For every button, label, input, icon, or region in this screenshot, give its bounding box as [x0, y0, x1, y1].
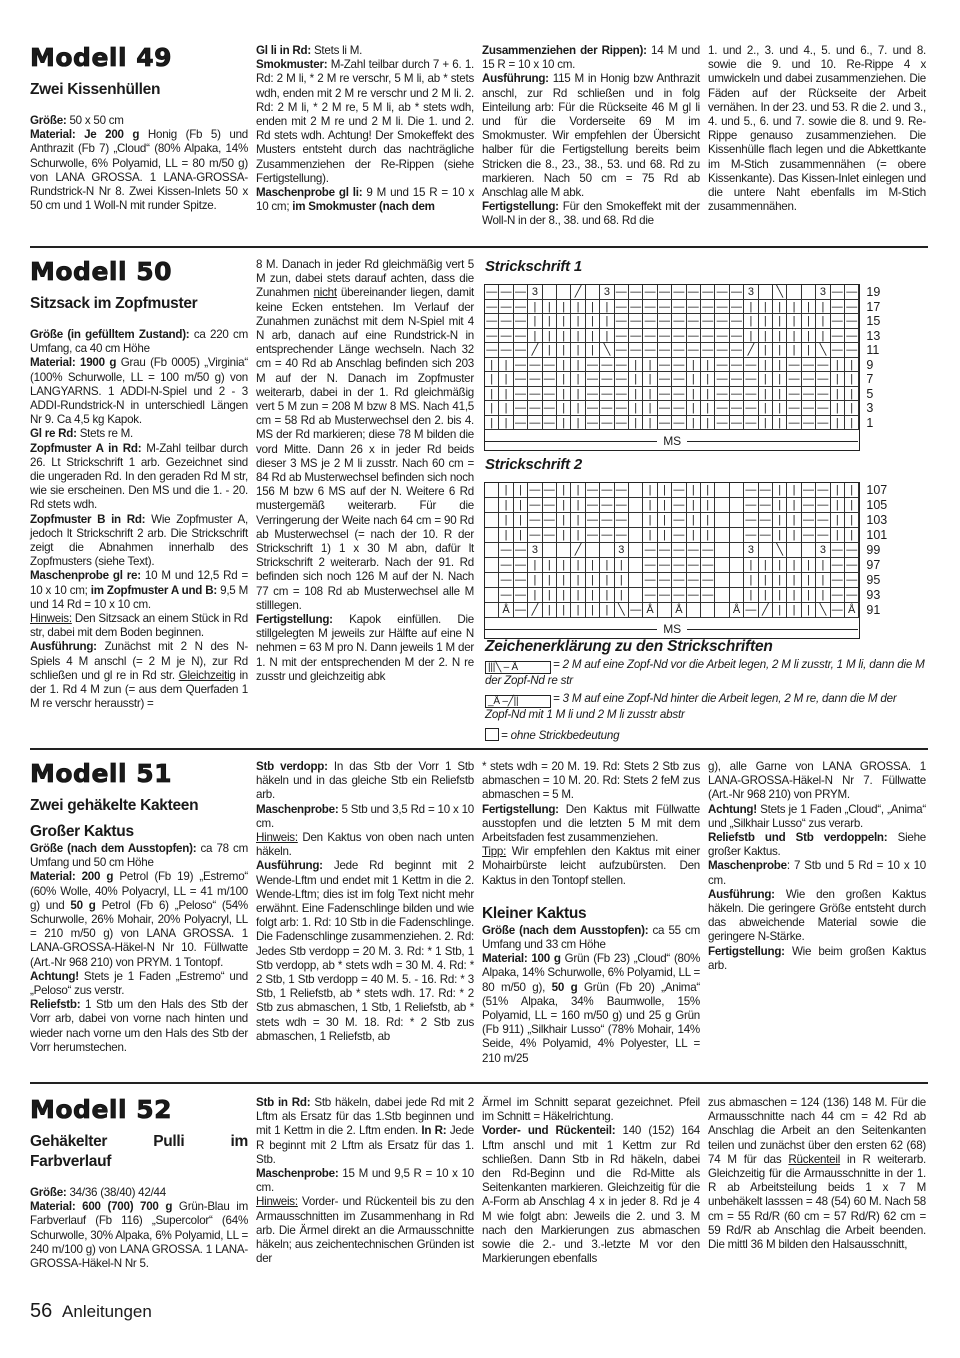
model-subtitle: Sitzsack im Zopfmuster — [30, 294, 248, 314]
chart-cell: | — [802, 329, 816, 344]
chart-cell: | — [845, 372, 859, 387]
chart-cell: — — [744, 372, 758, 387]
chart-cell — [629, 573, 643, 588]
chart-cell: | — [557, 588, 571, 603]
chart-cell: | — [759, 558, 773, 573]
chart-cell: — — [600, 528, 614, 543]
charts-area: Strickschrift 1 ———3╱3—————————3╲3—————|… — [482, 258, 930, 748]
chart-cell: | — [802, 573, 816, 588]
chart-cell: — — [802, 483, 816, 498]
chart-cell: | — [615, 588, 629, 603]
chart-cell — [629, 543, 643, 558]
chart-cell — [715, 513, 729, 528]
chart-cell: Å — [499, 603, 513, 618]
chart-cell: | — [643, 358, 657, 373]
chart-cell: — — [514, 543, 528, 558]
chart-cell: — — [730, 416, 744, 431]
chart-cell: — — [787, 387, 801, 402]
chart-cell: — — [715, 416, 729, 431]
chart-cell: | — [571, 558, 585, 573]
chart-cell: — — [816, 498, 830, 513]
paragraph: Größe (nach dem Ausstopfen): ca 78 cm Um… — [30, 842, 248, 870]
small-cactus-heading: Kleiner Kaktus — [482, 904, 700, 924]
chart-cell — [730, 573, 744, 588]
chart-cell: — — [615, 416, 629, 431]
chart-cell: — — [816, 401, 830, 416]
modell-50-col-2: 8 M. Danach in jeder Rd gleichmäßig vert… — [256, 258, 474, 684]
chart-cell: — — [543, 358, 557, 373]
chart-cell: — — [615, 483, 629, 498]
chart-cell: — — [816, 528, 830, 543]
chart-cell: — — [499, 300, 513, 315]
chart-cell: | — [687, 416, 701, 431]
chart-cell: | — [759, 343, 773, 358]
paragraph: Hinweis: Den Kaktus von oben nach unten … — [256, 831, 474, 859]
chart-cell: — — [744, 358, 758, 373]
chart-cell: — — [514, 314, 528, 329]
model-title: Modell 52 — [30, 1096, 248, 1124]
modell-52-section: Modell 52 Gehäkelter Pulli im Farbverlau… — [30, 1096, 930, 1266]
chart-cell: | — [499, 358, 513, 373]
model-subtitle: Gehäkelter Pulli im Farbverlauf — [30, 1132, 248, 1172]
chart-cell: | — [759, 329, 773, 344]
chart-cell: — — [615, 498, 629, 513]
chart-cell: — — [643, 543, 657, 558]
chart-cell: — — [499, 573, 513, 588]
chart-cell: | — [629, 358, 643, 373]
chart-cell — [629, 483, 643, 498]
chart-cell: — — [514, 343, 528, 358]
chart-cell: | — [816, 573, 830, 588]
chart-cell: | — [600, 573, 614, 588]
chart-cell: | — [787, 528, 801, 543]
chart-cell: — — [831, 573, 845, 588]
chart-cell: | — [571, 498, 585, 513]
chart-cell: | — [687, 528, 701, 543]
chart-cell: | — [701, 483, 715, 498]
chart-cell: — — [701, 558, 715, 573]
chart-cell: | — [586, 603, 600, 618]
chart-cell: — — [543, 387, 557, 402]
modell-51-col-4: g), alle Garne von LANA GROSSA. 1 LANA-G… — [708, 760, 926, 973]
chart-cell: | — [773, 416, 787, 431]
chart-cell: — — [672, 300, 686, 315]
chart-cell: — — [715, 372, 729, 387]
chart-cell: | — [845, 483, 859, 498]
paragraph: Maschenprobe gl li: 9 M und 15 R = 10 x … — [256, 186, 474, 214]
chart-cell: — — [658, 329, 672, 344]
chart-cell: — — [514, 603, 528, 618]
chart-cell: — — [672, 372, 686, 387]
chart-cell: — — [687, 573, 701, 588]
chart-cell: — — [615, 329, 629, 344]
chart-cell: | — [557, 603, 571, 618]
chart-cell: — — [528, 358, 542, 373]
section-divider — [30, 1082, 928, 1084]
chart-cell: 3 — [528, 543, 542, 558]
paragraph: Fertigstellung: Für den Smokeffekt mit d… — [482, 200, 700, 228]
chart-cell: — — [802, 358, 816, 373]
chart-cell: | — [586, 300, 600, 315]
chart-cell: — — [816, 358, 830, 373]
chart-cell: — — [658, 372, 672, 387]
chart-cell: | — [759, 416, 773, 431]
chart-cell: | — [514, 483, 528, 498]
chart-cell: | — [643, 498, 657, 513]
chart-cell: | — [701, 498, 715, 513]
chart-cell: | — [773, 498, 787, 513]
paragraph-group: Größe (in gefülltem Zustand): ca 220 cm … — [30, 328, 248, 711]
chart-cell: — — [629, 343, 643, 358]
chart-cell — [787, 543, 801, 558]
paragraph: Hinweis: Vorder- und Rückenteil bis zu d… — [256, 1195, 474, 1266]
chart-cell: | — [543, 573, 557, 588]
chart-grid: ||——||———||—||——||——||||——||———||—||——||… — [484, 482, 860, 639]
modell-50-col-1: Modell 50 Sitzsack im Zopfmuster Größe (… — [30, 258, 248, 711]
repeat-label: MS — [657, 622, 687, 636]
model-subtitle: Zwei gehäkelte Kakteen — [30, 796, 248, 816]
chart-cell: | — [831, 483, 845, 498]
chart-cell: | — [816, 588, 830, 603]
chart-cell — [658, 603, 672, 618]
chart-cell: — — [658, 543, 672, 558]
chart-cell: ╲ — [816, 343, 830, 358]
chart-cell: — — [715, 329, 729, 344]
chart-cell: | — [831, 513, 845, 528]
chart-cell: — — [658, 314, 672, 329]
chart-cell: — — [687, 343, 701, 358]
paragraph: Hinweis: Den Sitzsack an einem Stück in … — [30, 612, 248, 640]
chart-cell: — — [514, 358, 528, 373]
paragraph: Gl li in Rd: Stets li M. — [256, 44, 474, 58]
page-footer: 56 Anleitungen — [30, 1300, 152, 1323]
chart-cell: | — [759, 387, 773, 402]
paragraph-group: Größe (nach dem Ausstopfen): ca 78 cm Um… — [30, 842, 248, 1055]
chart-cell: | — [701, 387, 715, 402]
chart-cell: | — [571, 401, 585, 416]
paragraph-group: Größe (nach dem Ausstopfen): ca 55 cm Um… — [482, 924, 700, 1066]
chart-row-number: 19 — [866, 285, 880, 299]
chart-row-number: 105 — [866, 498, 887, 512]
chart-cell: — — [615, 300, 629, 315]
chart-cell — [715, 588, 729, 603]
chart-cell: | — [787, 343, 801, 358]
chart-cell: — — [514, 558, 528, 573]
chart-cell: | — [802, 603, 816, 618]
paragraph: * stets wdh = 20 M. 19. Rd: Stets 2 Stb … — [482, 760, 700, 803]
chart-cell: | — [629, 416, 643, 431]
chart-row-number: 107 — [866, 483, 887, 497]
chart-cell: — — [831, 588, 845, 603]
chart-cell: | — [557, 416, 571, 431]
chart-row-number: 91 — [866, 603, 880, 617]
chart-cell — [802, 285, 816, 300]
chart-cell: | — [615, 558, 629, 573]
chart-cell: — — [744, 387, 758, 402]
chart-cell: ╱ — [528, 603, 542, 618]
chart-cell: ╱ — [744, 343, 758, 358]
chart-cell: — — [672, 416, 686, 431]
chart-cell — [715, 483, 729, 498]
chart-cell: — — [845, 314, 859, 329]
chart-cell: | — [557, 498, 571, 513]
chart-cell: — — [831, 300, 845, 315]
chart-cell: | — [499, 372, 513, 387]
chart-cell: — — [499, 343, 513, 358]
chart-cell: — — [586, 401, 600, 416]
chart-cell: 3 — [744, 543, 758, 558]
chart-cell: | — [773, 401, 787, 416]
section-divider — [30, 246, 928, 248]
chart-cell: | — [557, 329, 571, 344]
chart-cell: | — [787, 300, 801, 315]
chart-cell: | — [499, 498, 513, 513]
chart-cell: | — [701, 372, 715, 387]
chart-cell: | — [802, 343, 816, 358]
chart-cell: — — [787, 416, 801, 431]
chart-cell: — — [499, 285, 513, 300]
chart-cell: | — [744, 588, 758, 603]
legend-item: _Å ‒╱||= 3 M auf eine Zopf-Nd hinter die… — [485, 692, 925, 722]
chart-cell: | — [816, 558, 830, 573]
paragraph: Maschenprobe: 15 M und 9,5 R = 10 x 10 c… — [256, 1167, 474, 1195]
chart-cell: | — [629, 387, 643, 402]
chart-cell: | — [485, 387, 499, 402]
section-divider — [30, 748, 928, 750]
paragraph: g), alle Garne von LANA GROSSA. 1 LANA-G… — [708, 760, 926, 803]
chart-cell: | — [557, 483, 571, 498]
chart-cell: — — [687, 329, 701, 344]
modell-50-section: Modell 50 Sitzsack im Zopfmuster Größe (… — [30, 258, 930, 748]
chart-cell: | — [643, 401, 657, 416]
chart-cell: ╲ — [615, 603, 629, 618]
chart-cell: — — [672, 588, 686, 603]
chart-cell: | — [687, 387, 701, 402]
chart-cell: | — [744, 329, 758, 344]
chart-row-number: 5 — [866, 387, 873, 401]
chart-cell: — — [672, 343, 686, 358]
chart-cell: ╲ — [773, 285, 787, 300]
chart-cell: — — [787, 358, 801, 373]
chart-cell: — — [586, 483, 600, 498]
chart-cell: — — [701, 314, 715, 329]
chart-cell: — — [600, 513, 614, 528]
chart-cell: | — [557, 387, 571, 402]
chart-cell: — — [831, 343, 845, 358]
chart-cell: | — [528, 329, 542, 344]
chart-cell: | — [557, 372, 571, 387]
chart-cell: | — [773, 528, 787, 543]
chart-cell: — — [586, 513, 600, 528]
chart-row-number: 9 — [866, 358, 873, 372]
chart-cell: | — [543, 300, 557, 315]
chart-cell: 3 — [816, 285, 830, 300]
chart-cell: | — [543, 588, 557, 603]
chart-cell: | — [643, 387, 657, 402]
chart-cell: | — [586, 573, 600, 588]
model-subtitle: Zwei Kissenhüllen — [30, 80, 248, 100]
chart-cell: — — [586, 498, 600, 513]
chart-cell: — — [658, 358, 672, 373]
chart-cell: — — [802, 498, 816, 513]
chart-cell: — — [730, 401, 744, 416]
chart-row-number: 93 — [866, 588, 880, 602]
chart-cell — [629, 498, 643, 513]
chart-cell: | — [744, 314, 758, 329]
chart-cell: | — [600, 558, 614, 573]
chart-cell: — — [485, 343, 499, 358]
chart-cell: | — [499, 483, 513, 498]
paragraph: Fertigstellung: Den Kaktus mit Füllwatte… — [482, 803, 700, 846]
chart-cell: — — [528, 498, 542, 513]
chart-cell: | — [759, 588, 773, 603]
chart-cell: — — [687, 558, 701, 573]
paragraph: Ausführung: 115 M in Honig bzw Anthrazit… — [482, 72, 700, 200]
chart-cell: — — [615, 528, 629, 543]
chart-cell: — — [802, 401, 816, 416]
chart-cell: | — [600, 300, 614, 315]
model-title: Modell 50 — [30, 258, 248, 286]
chart-cell: — — [514, 401, 528, 416]
chart-cell: — — [787, 372, 801, 387]
chart-cell: — — [658, 588, 672, 603]
chart-cell: | — [643, 528, 657, 543]
chart-cell: | — [787, 329, 801, 344]
chart-cell: — — [643, 285, 657, 300]
chart-cell — [600, 543, 614, 558]
chart-cell: — — [658, 300, 672, 315]
chart-cell: | — [831, 387, 845, 402]
chart-cell: — — [802, 372, 816, 387]
chart-cell: — — [586, 372, 600, 387]
chart-cell: | — [773, 513, 787, 528]
chart-cell: | — [528, 588, 542, 603]
chart-cell: 3 — [744, 285, 758, 300]
chart-cell: | — [557, 358, 571, 373]
chart-cell: — — [845, 300, 859, 315]
chart-cell: | — [571, 603, 585, 618]
chart-2-title: Strickschrift 2 — [485, 456, 582, 473]
chart-cell: | — [485, 358, 499, 373]
chart-cell: — — [802, 513, 816, 528]
chart-cell: — — [715, 401, 729, 416]
chart-grid: ———3╱3—————————3╲3—————||||||—————————||… — [484, 284, 860, 451]
chart-row-number: 3 — [866, 401, 873, 415]
chart-cell: — — [672, 483, 686, 498]
chart-cell: | — [528, 300, 542, 315]
chart-cell: | — [571, 358, 585, 373]
modell-51-col-1: Modell 51 Zwei gehäkelte Kakteen Großer … — [30, 760, 248, 1055]
paragraph: Maschenprobe: 7 Stb und 5 Rd = 10 x 10 c… — [708, 859, 926, 887]
chart-cell: | — [773, 314, 787, 329]
chart-cell: — — [715, 343, 729, 358]
chart-cell: | — [773, 573, 787, 588]
chart-cell — [557, 285, 571, 300]
chart-cell: | — [557, 300, 571, 315]
chart-cell — [730, 543, 744, 558]
chart-cell — [759, 285, 773, 300]
chart-cell: — — [744, 528, 758, 543]
paragraph: Material: 200 g Petrol (Fb 19) „Estremo“… — [30, 870, 248, 969]
chart-cell: | — [499, 387, 513, 402]
chart-cell: — — [802, 528, 816, 543]
chart-cell: — — [802, 416, 816, 431]
chart-cell — [715, 543, 729, 558]
chart-cell: | — [787, 483, 801, 498]
chart-cell: — — [600, 483, 614, 498]
chart-cell: ╲ — [773, 543, 787, 558]
chart-cell: | — [759, 401, 773, 416]
chart-row-number: 13 — [866, 329, 880, 343]
chart-cell: — — [658, 416, 672, 431]
paragraph: Größe (nach dem Ausstopfen): ca 55 cm Um… — [482, 924, 700, 952]
legend-title: Zeichenerklärung zu den Strickschriften — [485, 638, 773, 656]
chart-cell: — — [687, 285, 701, 300]
chart-cell: | — [658, 498, 672, 513]
chart-row-number: 11 — [866, 343, 879, 357]
chart-cell: | — [773, 358, 787, 373]
chart-cell — [730, 498, 744, 513]
chart-row-number: 15 — [866, 314, 880, 328]
chart-cell — [485, 558, 499, 573]
chart-cell: — — [528, 528, 542, 543]
chart-cell: | — [845, 401, 859, 416]
legend-item-text: = ohne Strickbedeutung — [501, 729, 619, 742]
chart-cell: | — [831, 528, 845, 543]
modell-52-col-1: Modell 52 Gehäkelter Pulli im Farbverlau… — [30, 1096, 248, 1271]
chart-cell: — — [586, 416, 600, 431]
chart-cell — [557, 543, 571, 558]
page-number: 56 — [30, 1300, 52, 1322]
chart-cell: — — [831, 603, 845, 618]
chart-cell: — — [543, 401, 557, 416]
chart-cell: — — [615, 401, 629, 416]
chart-cell: ╱ — [528, 343, 542, 358]
chart-cell: — — [730, 314, 744, 329]
chart-cell: | — [773, 329, 787, 344]
chart-cell: — — [744, 416, 758, 431]
modell-52-col-3: Ärmel im Schnitt separat gezeichnet. Pfe… — [482, 1096, 700, 1266]
chart-cell: — — [543, 372, 557, 387]
chart-cell — [543, 285, 557, 300]
chart-cell: | — [543, 314, 557, 329]
chart-cell: | — [787, 573, 801, 588]
paragraph: Größe (in gefülltem Zustand): ca 220 cm … — [30, 328, 248, 356]
chart-cell: | — [571, 372, 585, 387]
chart-cell: — — [672, 558, 686, 573]
chart-cell: | — [615, 573, 629, 588]
legend: |||╲ ‒ Å= 2 M auf eine Zopf-Nd vor die A… — [485, 658, 925, 743]
chart-cell: — — [687, 588, 701, 603]
chart-row-number: 101 — [866, 528, 887, 542]
chart-cell: — — [687, 314, 701, 329]
chart-row-number: 17 — [866, 300, 880, 314]
chart-cell: — — [615, 285, 629, 300]
chart-cell: | — [759, 300, 773, 315]
chart-cell: | — [687, 483, 701, 498]
chart-cell: — — [672, 401, 686, 416]
chart-cell: | — [557, 513, 571, 528]
chart-cell: — — [845, 329, 859, 344]
paragraph: Vorder- und Rückenteil: 140 (152) 164 Lf… — [482, 1124, 700, 1266]
chart-cell: | — [528, 558, 542, 573]
modell-52-col-4: zus abmaschen = 124 (136) 148 M. Für die… — [708, 1096, 926, 1252]
chart-cell: — — [672, 329, 686, 344]
chart-cell: | — [485, 401, 499, 416]
chart-cell: — — [802, 387, 816, 402]
chart-row-number: 95 — [866, 573, 880, 587]
chart-cell — [485, 573, 499, 588]
